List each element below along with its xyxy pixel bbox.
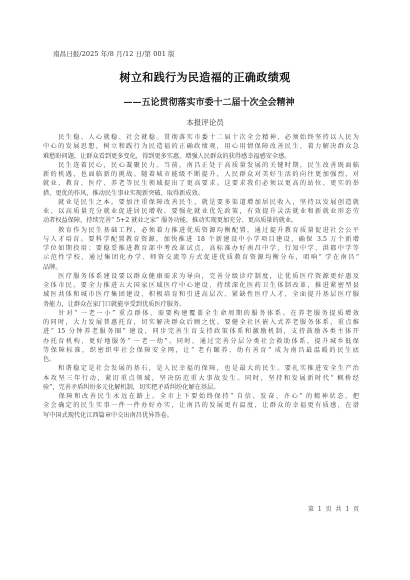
paragraph-line: 和谐稳定是社会发展的基石，是人民幸福的保障，也是最大的民生。要扎实推进安全生产治 (43, 364, 359, 373)
paragraph-line: 全会确定的民生实事一件一件办好办实，让南昌的发展更有温度，让群众的幸福更有质感，… (43, 401, 359, 410)
paragraph-line: 就业是民生之本。要加注重保障改善民生，就是要多渠道增加居民收入，坚持以发展创造就 (43, 198, 359, 207)
article-subtitle: ——五论贯彻落实市委十二届十次全会精神 (0, 95, 410, 108)
paragraph-line: 与人才培育。要科学配置教育资源，加快推进 18 个新建设中小学项目建设，确保 3… (43, 235, 359, 244)
paragraph-line: 示范性学校，通过集团化办学、师资交流等方式促进优质教育资源均衡分布，唱响“ 学在… (43, 253, 359, 262)
paragraph-line: 就业、教育、医疗、养老等民生领域提出了更高要求。这要求我们必须以更高的站位、更实… (43, 179, 359, 188)
paragraph-line: 教育作为民生基础工程，必须着力推进优质资源均衡配置，通过提升教育质量促进社会公平 (43, 226, 359, 235)
paragraph: 针对“ 一老一小” 重点群体，需要构建覆盖全生命周期的服务体系。在养老服务提质增… (43, 309, 359, 365)
paragraph: 民生稳、人心就稳、社会就稳。贯彻落实市委十二届十次全会精神，必须始终坚持以人民为… (43, 133, 359, 161)
paragraph-line: 验”，完善矛盾纠纷多元化解机制，切实把矛盾纠纷化解在基层。 (43, 383, 359, 392)
article-title: 树立和践行为民造福的正确政绩观 (0, 69, 410, 85)
paragraph-line: 业、以高质量充分就业促进居民增收。要强化就业优先政策，有效提升灵活就业和新就业形… (43, 207, 359, 216)
paragraph: 教育作为民生基础工程，必须着力推进优质资源均衡配置，通过提升教育质量促进社会公平… (43, 226, 359, 272)
paragraph-line: 域医共体和城市医疗集团建设，积极培育和引进高层次、紧缺性医疗人才，全面提升基层医… (43, 290, 359, 299)
paragraph-line: 务能力，让群众在家门口就能享受到优质医疗服务。 (43, 300, 359, 309)
article-body: 民生稳、人心就稳、社会就稳。贯彻落实市委十二届十次全会精神，必须始终坚持以人民为… (43, 133, 359, 420)
paragraph-line: 写中国式现代化江西篇章中交出南昌优异答卷。 (43, 411, 359, 420)
paragraph-line: 办托育机构，更好地服务“ 一老一幼”。同时，通过完善分层分类社会救助体系，提升城… (43, 337, 359, 346)
paragraph-line: 民生稳、人心就稳、社会就稳。贯彻落实市委十二届十次全会精神，必须始终坚持以人民为 (43, 133, 359, 142)
paragraph-line: 保障和改善民生永远在路上。全市上下要始终保持“ 自信、发奋、齐心” 的精神状态，… (43, 392, 359, 401)
paragraph-line: 学位如期投用；要稳妥推进教育部中考改革试点，高标准办好南昌中学、行知中学、洪都中… (43, 244, 359, 253)
paragraph-line: 的同时，大力发展普惠托育，切实解决群众后顾之忧。要健全社区嵌入式养老服务体系，重… (43, 318, 359, 327)
paragraph-line: 本攻坚三年行动，紧盯重点领域，坚决防范重大事故发生。同时，坚持和发展新时代“ 枫… (43, 374, 359, 383)
paragraph-line: 进“ 15 分钟养老服务圈” 建设，同步完善生育支持政策体系和激励机制，支持鼓励… (43, 327, 359, 336)
paragraph: 保障和改善民生永远在路上。全市上下要始终保持“ 自信、发奋、齐心” 的精神状态，… (43, 392, 359, 420)
document-page: 南昌日报/2025 年/8 月/12 日/第 001 版 树立和践行为民造福的正… (0, 0, 410, 580)
paragraph-line: 动者权益保障，持续完善“ 5+2 就业之家” 服务功能，推动实现更加充分、更高质… (43, 216, 359, 225)
paragraph-line: 等保障标准，织密织牢社会保障安全网，让“ 老有颐养、幼有善育” 成为南昌最温暖的… (43, 346, 359, 355)
dateline: 南昌日报/2025 年/8 月/12 日/第 001 版 (53, 49, 175, 58)
paragraph-line: 中心的发展思想，树立和践行为民造福的正确政绩观，用心用情保障改善民生，着力解决群… (43, 142, 359, 151)
paragraph-line: 色。 (43, 355, 359, 364)
paragraph: 和谐稳定是社会发展的基石，是人民幸福的保障，也是最大的民生。要扎实推进安全生产治… (43, 364, 359, 392)
paragraph-line: 新的机遇，也面临新的挑战。随着城市能级不断提升，人民群众对美好生活的向往更加强烈… (43, 170, 359, 179)
paragraph: 就业是民生之本。要加注重保障改善民生，就是要多渠道增加居民收入，坚持以发展创造就… (43, 198, 359, 226)
paragraph-line: 难愁盼问题，让群众看到更多变化，得到更多实惠，增强人民群众的获得感幸福感安全感。 (43, 152, 359, 161)
paragraph-line: 医疗服务体系建设要以群众健康需求为导向，完善分级诊疗制度，让优质医疗资源更好惠及 (43, 272, 359, 281)
paragraph-line: 措、更优的作风，推动民生事业实现新突破、取得新成效。 (43, 189, 359, 198)
paragraph: 医疗服务体系建设要以群众健康需求为导向，完善分级诊疗制度，让优质医疗资源更好惠及… (43, 272, 359, 309)
paragraph: 民生连着民心，民心凝聚民力。当前，南昌正处于高质量发展的关键时期，民生改善既面临… (43, 161, 359, 198)
paragraph-line: 品牌。 (43, 263, 359, 272)
paragraph-line: 全体市民。要全力推进五大国家区域医疗中心建设，持续深化医药卫生体制改革，推进紧密… (43, 281, 359, 290)
page-footer: 第 1 页 共 1 页 (308, 504, 360, 513)
paragraph-line: 针对“ 一老一小” 重点群体，需要构建覆盖全生命周期的服务体系。在养老服务提质增… (43, 309, 359, 318)
paragraph-line: 民生连着民心，民心凝聚民力。当前，南昌正处于高质量发展的关键时期，民生改善既面临 (43, 161, 359, 170)
article-author: 本报评论员 (0, 117, 410, 128)
